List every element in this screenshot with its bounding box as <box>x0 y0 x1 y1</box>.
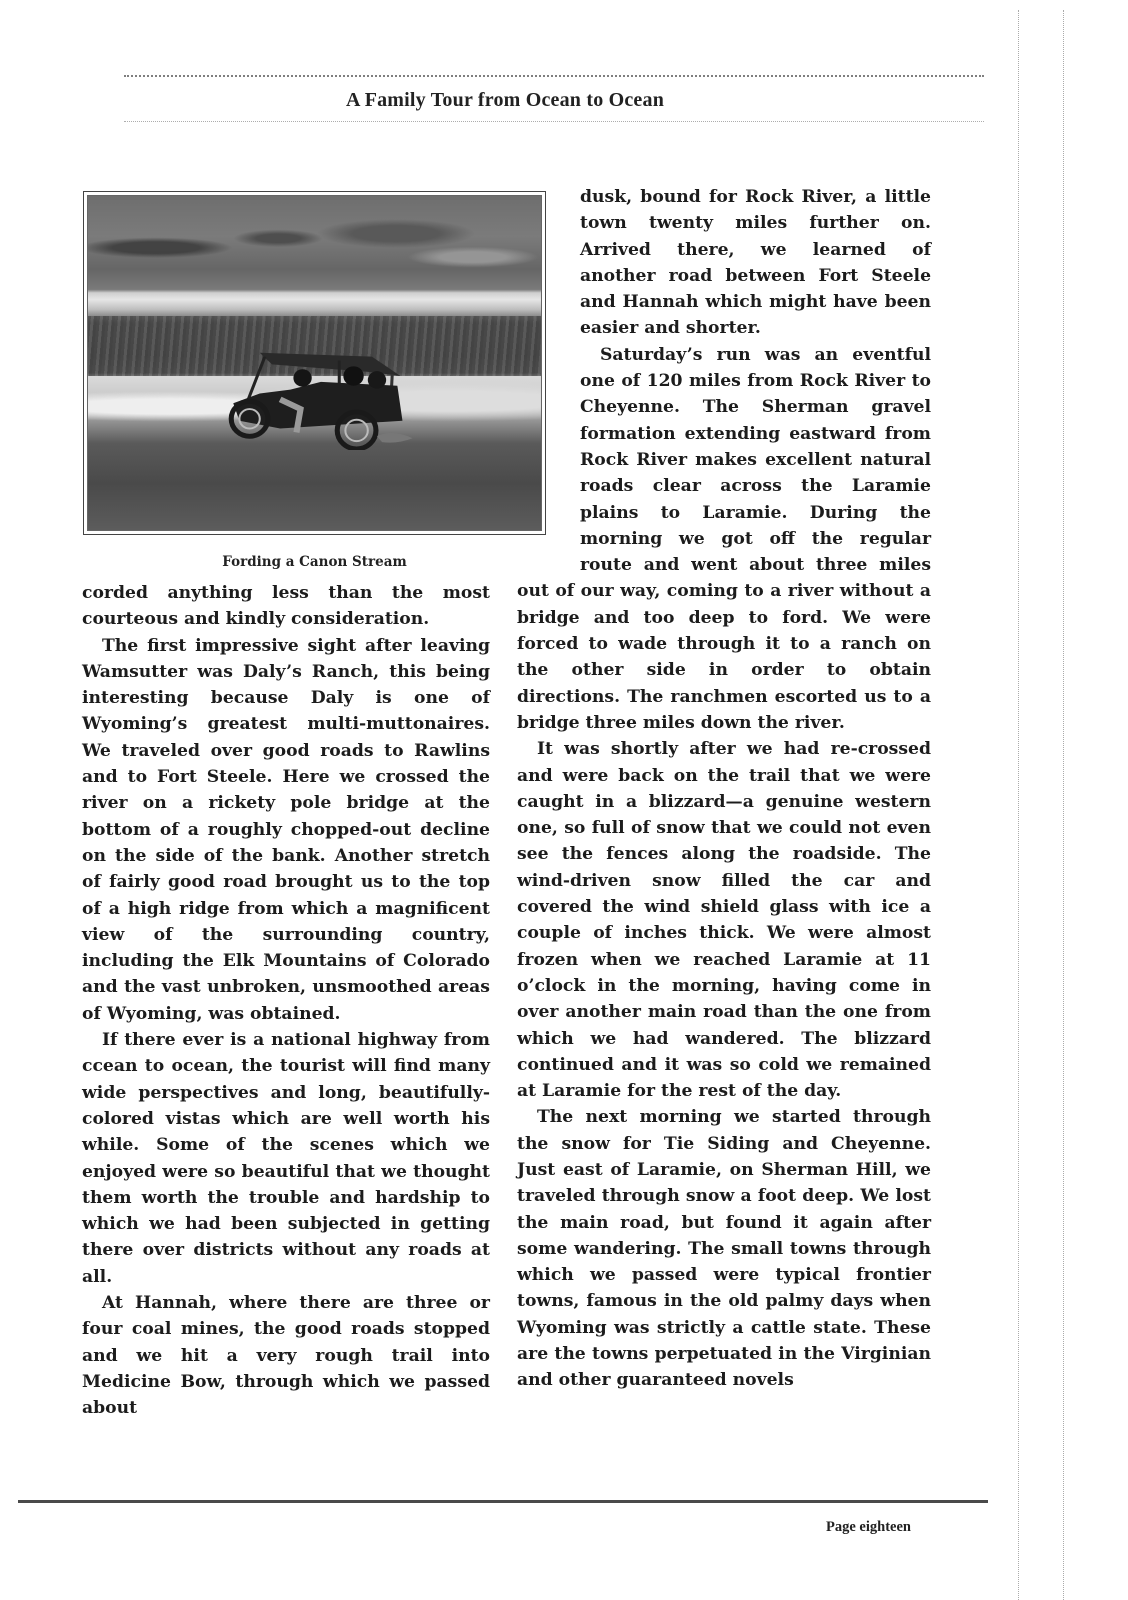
paragraph: Saturday’s run was an eventful one of 12… <box>517 342 931 736</box>
paragraph: At Hannah, where there are three or four… <box>82 1290 490 1421</box>
paragraph: corded anything less than the most court… <box>82 580 490 633</box>
header-rule-bottom <box>124 121 984 122</box>
figure-frame <box>83 191 546 535</box>
paragraph: If there ever is a national highway from… <box>82 1027 490 1290</box>
paragraph: The first impressive sight after leaving… <box>82 633 490 1027</box>
figure-caption: Fording a Canon Stream <box>83 554 546 570</box>
touring-car-illustration <box>219 343 423 450</box>
car-icon <box>219 343 423 450</box>
right-column: dusk, bound for Rock River, a little tow… <box>517 184 931 1394</box>
cliff-texture <box>88 196 541 290</box>
left-column: corded anything less than the most court… <box>82 580 490 1422</box>
figure-wrap-spacer <box>517 184 580 578</box>
scan-margin-artifact <box>1063 10 1064 1600</box>
page-number: Page eighteen <box>826 1519 911 1536</box>
footer-rule <box>18 1500 988 1503</box>
header-rule-top <box>124 75 984 77</box>
figure-photograph <box>87 195 542 531</box>
paragraph: dusk, bound for Rock River, a little tow… <box>517 184 931 342</box>
paragraph: The next morning we started through the … <box>517 1104 931 1393</box>
paragraph: It was shortly after we had re-crossed a… <box>517 736 931 1104</box>
scan-margin-artifact <box>1018 10 1019 1600</box>
running-head: A Family Tour from Ocean to Ocean <box>0 89 1010 112</box>
